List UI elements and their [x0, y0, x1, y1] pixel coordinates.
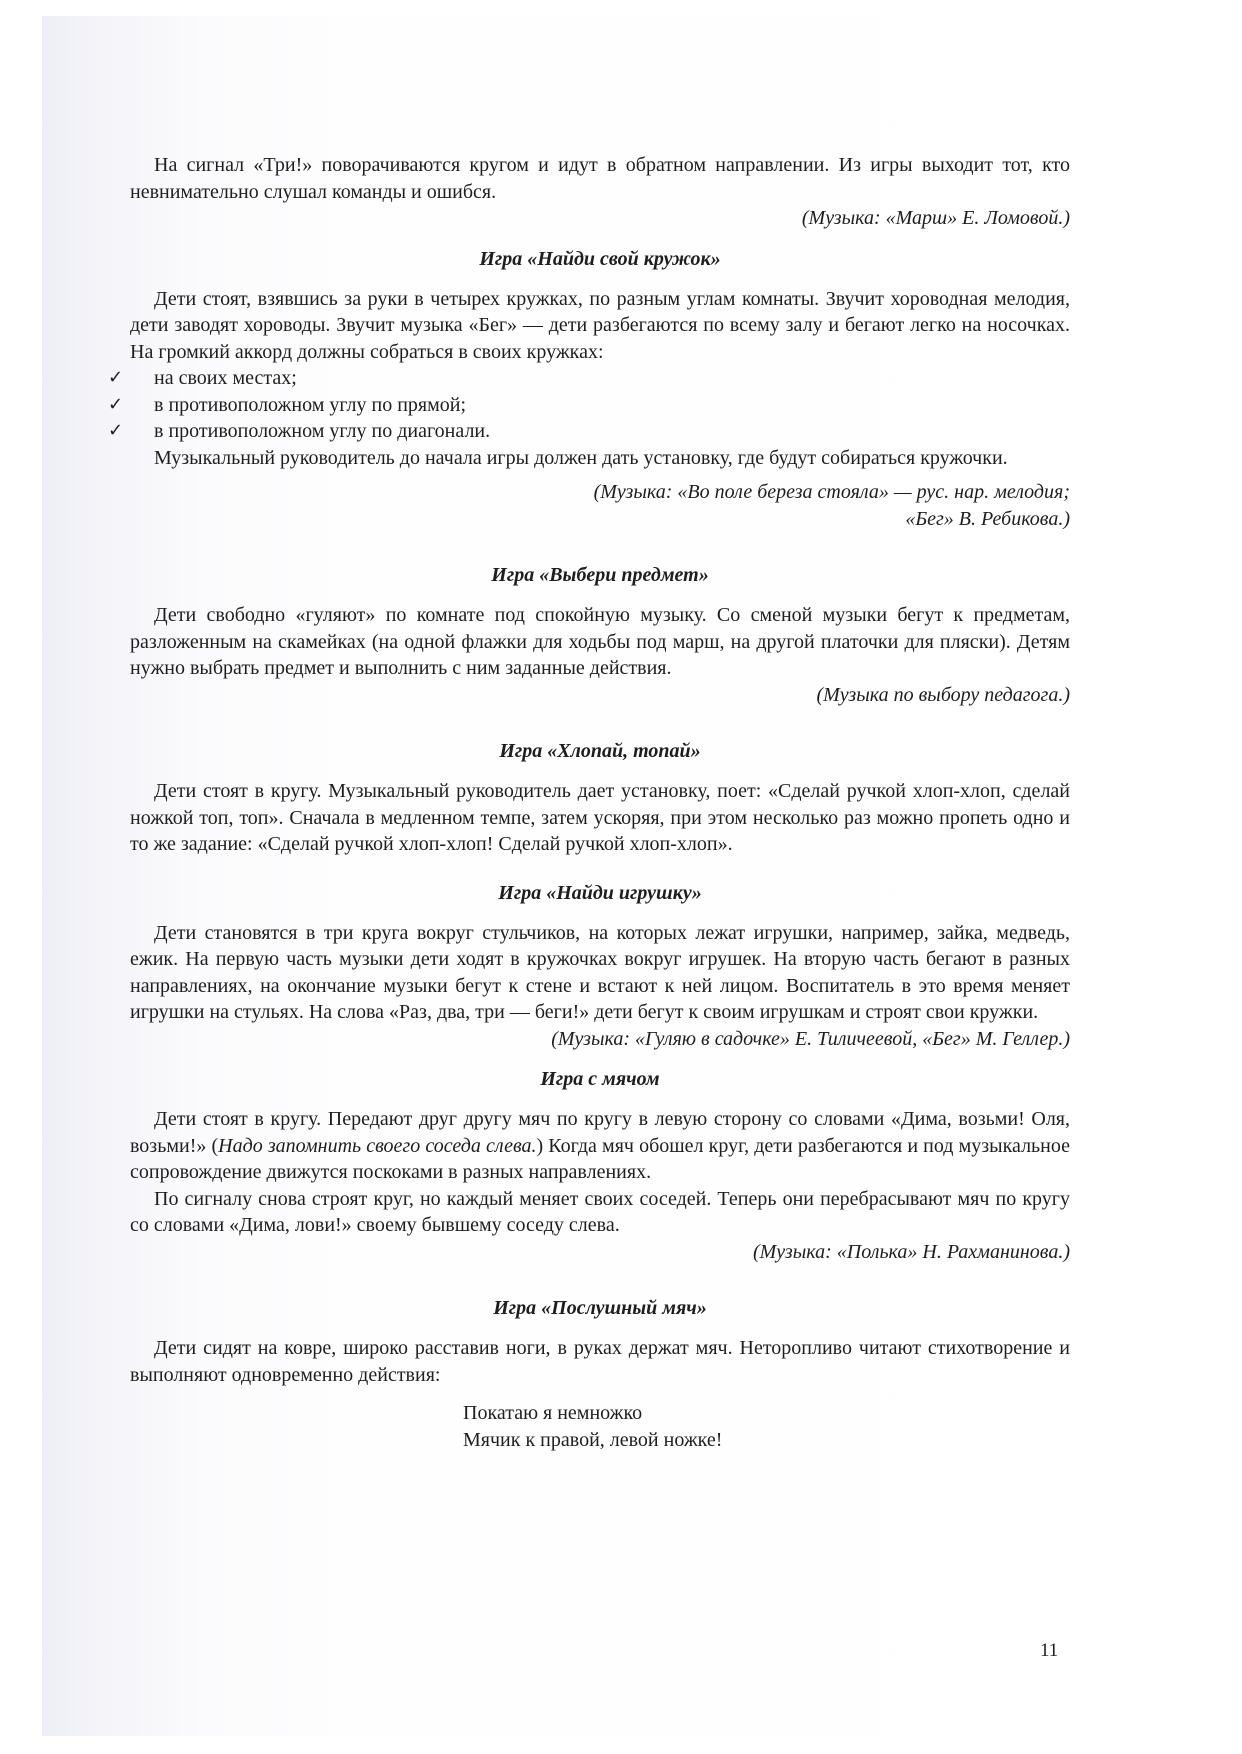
game-description: Дети становятся в три круга вокруг стуль…: [130, 920, 1070, 1026]
music-attribution-line: «Бег» В. Ребикова.): [130, 506, 1070, 533]
music-attribution: (Музыка: «Во поле береза стояла» — рус. …: [130, 479, 1070, 532]
checklist-item-text: на своих местах;: [154, 367, 297, 389]
checkmark-icon: ✓: [108, 418, 123, 445]
game-find-circle: Игра «Найди свой кружок» Дети стоят, взя…: [130, 246, 1070, 533]
intro-section: На сигнал «Три!» поворачиваются кругом и…: [130, 152, 1070, 232]
music-attribution-line: (Музыка: «Во поле береза стояла» — рус. …: [130, 479, 1070, 506]
checklist-item: ✓ в противоположном углу по прямой;: [130, 392, 1070, 419]
game-with-ball: Игра с мячом Дети стоят в кругу. Передаю…: [130, 1066, 1070, 1265]
poem-line: Покатаю я немножко: [463, 1400, 1070, 1427]
checklist-item: ✓ на своих местах;: [130, 365, 1070, 392]
game-obedient-ball: Игра «Послушный мяч» Дети сидят на ковре…: [130, 1295, 1070, 1453]
game-choose-object: Игра «Выбери предмет» Дети свободно «гул…: [130, 562, 1070, 708]
game-description: Дети сидят на ковре, широко расставив но…: [130, 1335, 1070, 1388]
game-title: Игра «Выбери предмет»: [130, 562, 1070, 588]
game-find-toy: Игра «Найди игрушку» Дети становятся в т…: [130, 880, 1070, 1053]
game-description: Дети стоят в кругу. Музыкальный руководи…: [130, 778, 1070, 858]
game-description-note: Надо запомнить своего соседа слева.: [218, 1135, 536, 1157]
poem: Покатаю я немножко Мячик к правой, левой…: [463, 1400, 1070, 1453]
game-description-continued: По сигналу снова строят круг, но каждый …: [130, 1186, 1070, 1239]
game-note: Музыкальный руководитель до начала игры …: [130, 445, 1070, 472]
page-number: 11: [1040, 1640, 1058, 1662]
game-title: Игра «Найди игрушку»: [130, 880, 1070, 906]
checkmark-icon: ✓: [108, 365, 123, 392]
music-attribution: (Музыка: «Полька» Н. Рахманинова.): [130, 1239, 1070, 1266]
checklist-item-text: в противоположном углу по прямой;: [154, 394, 466, 416]
game-description: Дети стоят, взявшись за руки в четырех к…: [130, 286, 1070, 366]
checklist-item-text: в противоположном углу по диагонали.: [154, 420, 490, 442]
music-attribution: (Музыка: «Гуляю в садочке» Е. Тиличеевой…: [130, 1026, 1070, 1053]
checklist: ✓ на своих местах; ✓ в противоположном у…: [130, 365, 1070, 445]
game-description: Дети стоят в кругу. Передают друг другу …: [130, 1106, 1070, 1186]
music-attribution: (Музыка по выбору педагога.): [130, 682, 1070, 709]
game-title: Игра «Хлопай, топай»: [130, 738, 1070, 764]
game-description: Дети свободно «гуляют» по комнате под сп…: [130, 602, 1070, 682]
intro-paragraph: На сигнал «Три!» поворачиваются кругом и…: [130, 152, 1070, 205]
game-title: Игра с мячом: [130, 1066, 1070, 1092]
poem-line: Мячик к правой, левой ножке!: [463, 1427, 1070, 1454]
game-title: Игра «Найди свой кружок»: [130, 246, 1070, 272]
checkmark-icon: ✓: [108, 392, 123, 419]
checklist-item: ✓ в противоположном углу по диагонали.: [130, 418, 1070, 445]
music-attribution: (Музыка: «Марш» Е. Ломовой.): [130, 205, 1070, 232]
game-title: Игра «Послушный мяч»: [130, 1295, 1070, 1321]
game-clap-stomp: Игра «Хлопай, топай» Дети стоят в кругу.…: [130, 738, 1070, 858]
text-column: На сигнал «Три!» поворачиваются кругом и…: [130, 152, 1070, 1453]
